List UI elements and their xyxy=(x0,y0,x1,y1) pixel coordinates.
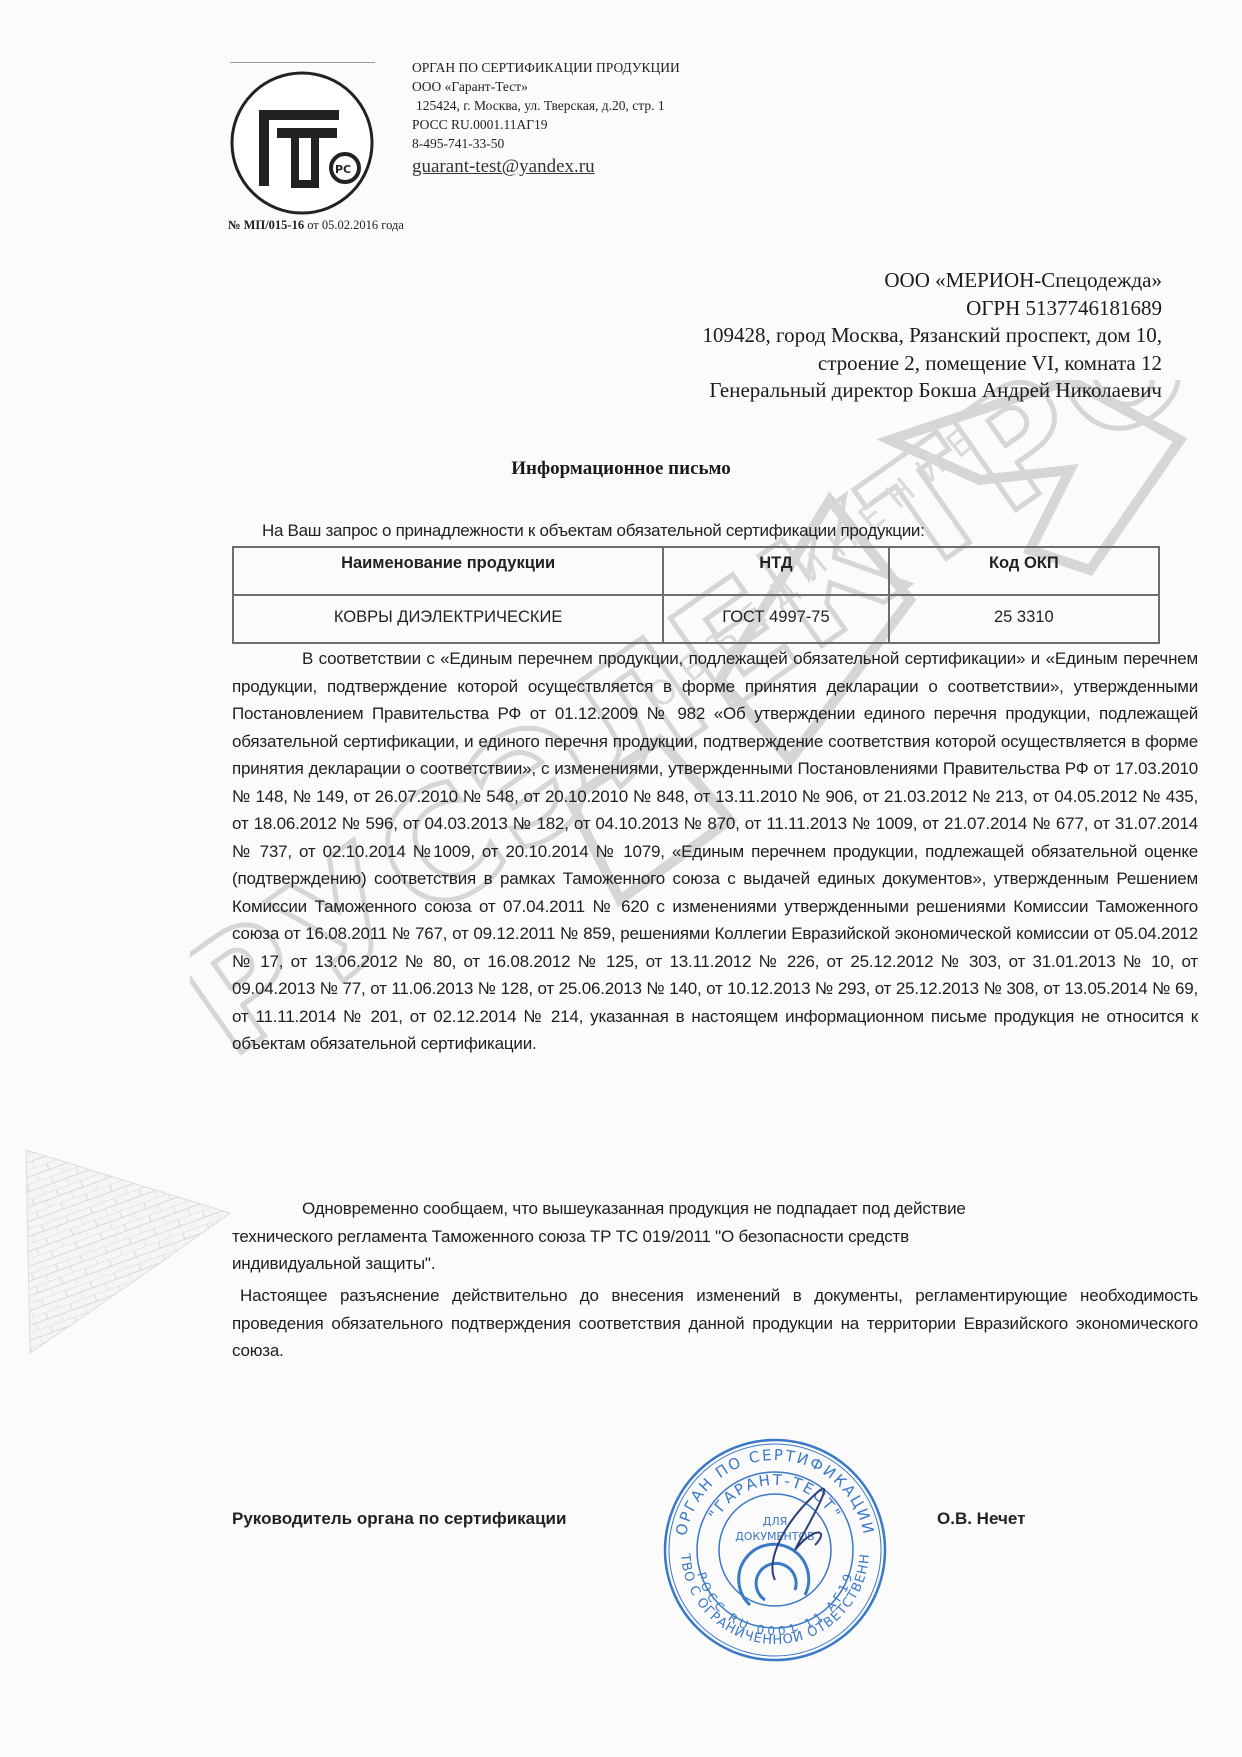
header-rule xyxy=(230,62,375,63)
svg-text:РС: РС xyxy=(335,163,351,176)
gt-rst-logo-icon: РС xyxy=(227,68,377,218)
company-name: ООО «Гарант-Тест» xyxy=(412,77,680,96)
certification-body-info: ОРГАН ПО СЕРТИФИКАЦИИ ПРОДУКЦИИ ООО «Гар… xyxy=(412,58,680,176)
accreditation-number: РОСС RU.0001.11АГ19 xyxy=(412,115,680,134)
recipient-block: ООО «МЕРИОН-Спецодежда» ОГРН 51377461816… xyxy=(703,267,1162,405)
doc-date: от 05.02.2016 года xyxy=(307,218,404,232)
products-table: Наименование продукции НТД Код ОКП КОВРЫ… xyxy=(232,546,1160,644)
body-paragraph-1: В соответствии с «Единым перечнем продук… xyxy=(232,645,1198,1058)
cell-okp-code: 25 3310 xyxy=(889,595,1159,643)
table-header-row: Наименование продукции НТД Код ОКП xyxy=(233,547,1159,595)
paragraph-3-text: Настоящее разъяснение действительно до в… xyxy=(232,1282,1198,1365)
email-link[interactable]: guarant-test@yandex.ru xyxy=(412,157,680,176)
stamp-center-line-1: ДЛЯ xyxy=(763,1515,788,1528)
doc-number: № МП/015-16 xyxy=(228,218,304,232)
cell-product-name: КОВРЫ ДИЭЛЕКТРИЧЕСКИЕ xyxy=(233,595,663,643)
recipient-address-line1: 109428, город Москва, Рязанский проспект… xyxy=(703,322,1162,350)
recipient-company: ООО «МЕРИОН-Спецодежда» xyxy=(703,267,1162,295)
paragraph-1-text: В соответствии с «Единым перечнем продук… xyxy=(232,645,1198,1058)
recipient-ogrn: ОГРН 5137746181689 xyxy=(703,295,1162,323)
recipient-address-line2: строение 2, помещение VI, комната 12 xyxy=(703,350,1162,378)
paragraph-2-line-1: Одновременно сообщаем, что вышеуказанная… xyxy=(232,1195,1198,1223)
org-name: ОРГАН ПО СЕРТИФИКАЦИИ ПРОДУКЦИИ xyxy=(412,58,680,77)
recipient-director: Генеральный директор Бокша Андрей Никола… xyxy=(703,377,1162,405)
official-stamp-icon: ОРГАН ПО СЕРТИФИКАЦИИ ОБЩЕСТВО С ОГРАНИЧ… xyxy=(655,1430,895,1670)
table-row: КОВРЫ ДИЭЛЕКТРИЧЕСКИЕ ГОСТ 4997-75 25 33… xyxy=(233,595,1159,643)
org-address: 125424, г. Москва, ул. Тверская, д.20, с… xyxy=(412,96,680,115)
body-paragraph-2: Одновременно сообщаем, что вышеуказанная… xyxy=(232,1195,1198,1278)
paragraph-2-line-3: индивидуальной защиты". xyxy=(232,1250,1198,1278)
cell-ntd: ГОСТ 4997-75 xyxy=(663,595,888,643)
paragraph-2-line-2: технического регламента Таможенного союз… xyxy=(232,1223,1198,1251)
letter-title: Информационное письмо xyxy=(0,458,1242,480)
signer-name: О.В. Нечет xyxy=(937,1509,1025,1529)
brick-pattern-decoration xyxy=(20,1128,240,1358)
header-okp-code: Код ОКП xyxy=(889,547,1159,595)
header-ntd: НТД xyxy=(663,547,888,595)
body-paragraph-3: Настоящее разъяснение действительно до в… xyxy=(232,1282,1198,1365)
document-number: № МП/015-16 от 05.02.2016 года xyxy=(228,218,404,233)
header-product-name: Наименование продукции xyxy=(233,547,663,595)
intro-text: На Ваш запрос о принадлежности к объекта… xyxy=(262,521,925,541)
signer-position: Руководитель органа по сертификации xyxy=(232,1509,566,1529)
phone-number: 8-495-741-33-50 xyxy=(412,134,680,153)
